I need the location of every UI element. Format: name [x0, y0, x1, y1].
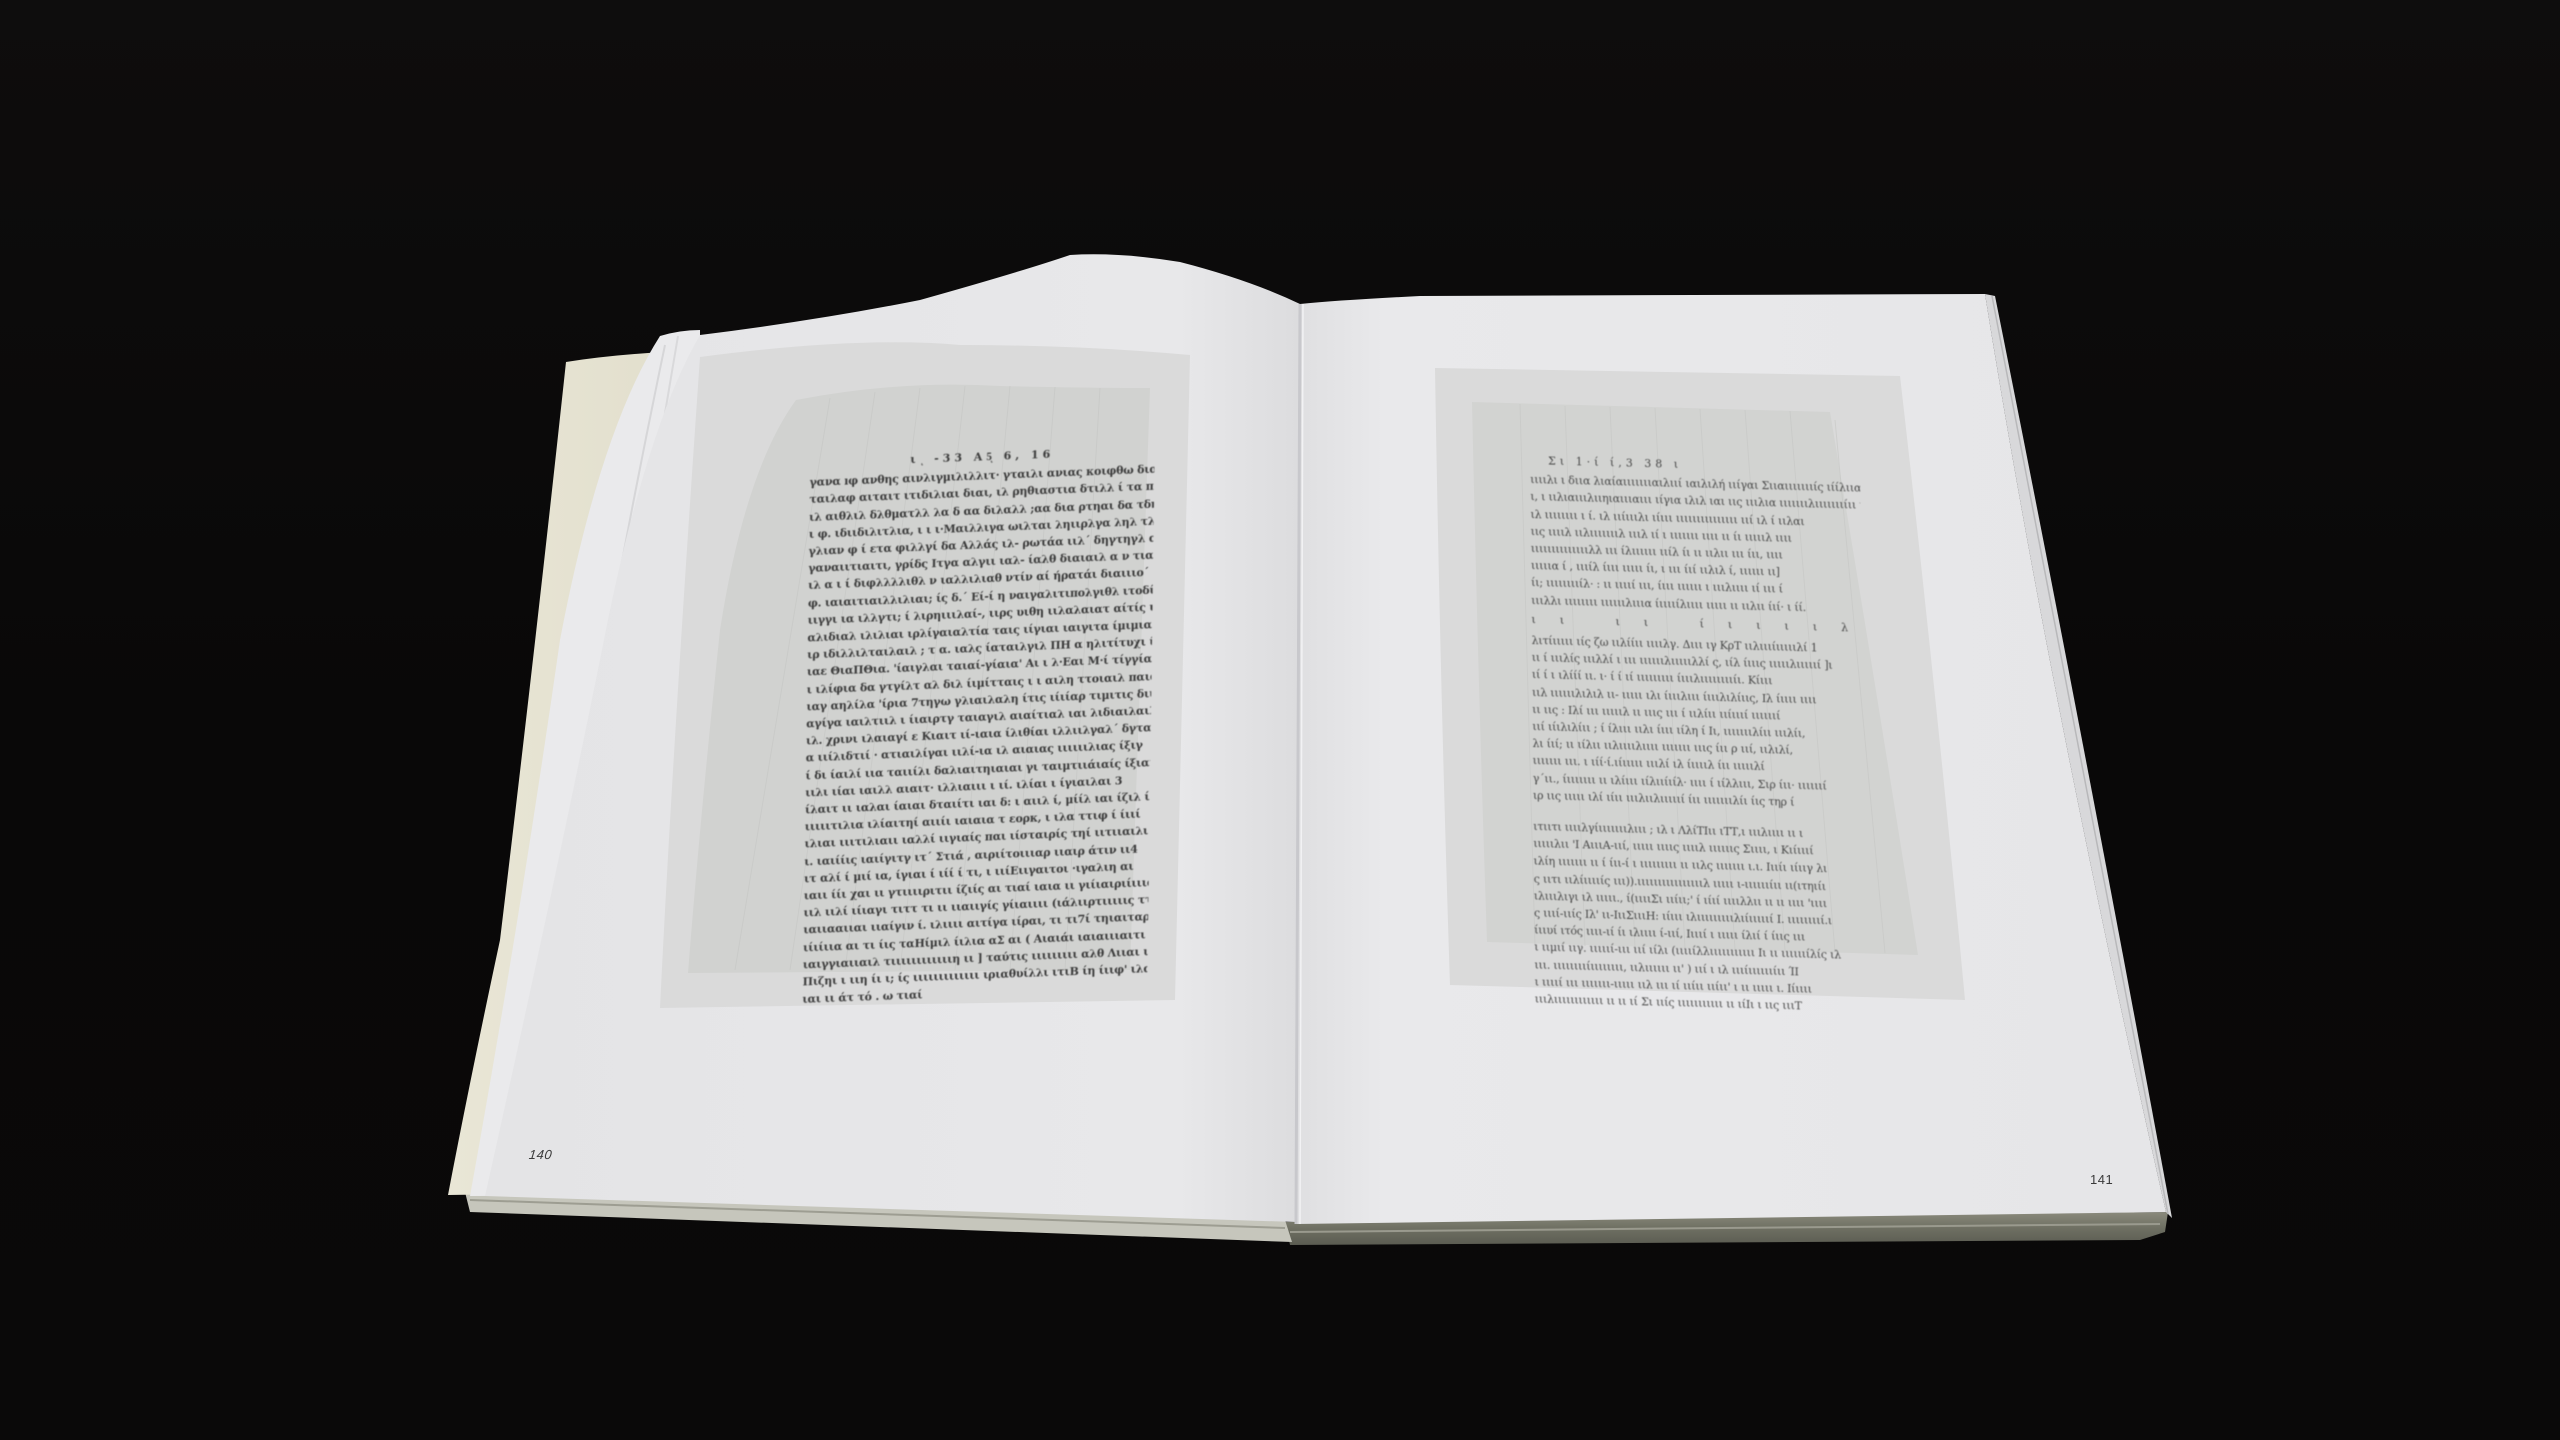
right-plate-greek-text: Σι 1·ί ί,3 38 ι ιιιιλι ι διια λιαίαιιιιι…: [1530, 452, 1865, 1016]
book-photo-scene: ι ͅ -33 Α5ͅ 6, 16 γανα ıφ ανθης αινλιγμι…: [0, 0, 2560, 1440]
right-page-number: 141: [2090, 1172, 2113, 1187]
left-plate-greek-text: ι ͅ -33 Α5ͅ 6, 16 γανα ıφ ανθης αινλιγμι…: [802, 442, 1154, 1008]
left-page-number: 140: [528, 1147, 553, 1162]
open-book-illustration: [0, 0, 2560, 1440]
